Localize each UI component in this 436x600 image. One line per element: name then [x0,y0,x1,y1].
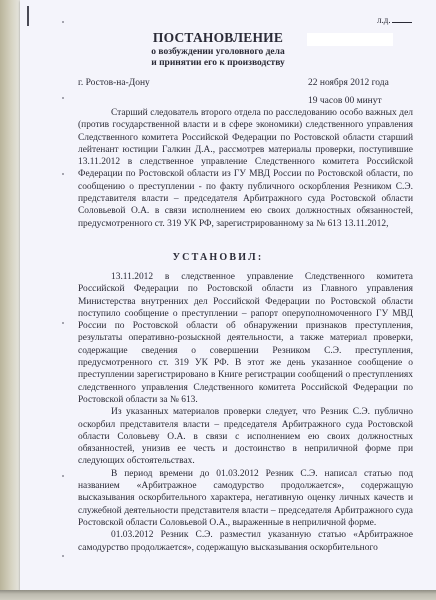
time: 19 часов 00 минут [308,96,382,106]
page-bottom-edge [0,590,436,600]
punch-dot [62,475,64,477]
document-subtitle-line1: о возбуждении уголовного дела [0,47,436,57]
findings-paragraph: 01.03.2012 Резник С.Э. разместил указанн… [78,529,413,554]
redaction-box [307,33,393,46]
intro-paragraph: Старший следователь второго отдела по ра… [78,107,413,230]
margin-binding-mark [27,6,29,26]
findings-paragraph: В период времени до 01.03.2012 Резник С.… [78,468,413,529]
findings-section: 13.11.2012 в следственное управление Сле… [78,271,413,554]
section-heading: УСТАНОВИЛ: [0,252,436,263]
findings-paragraph: Из указанных материалов проверки следует… [78,406,413,467]
punch-dot [62,555,64,557]
punch-dot [62,173,64,175]
intro-section: Старший следователь второго отдела по ра… [78,107,413,230]
scanner-background-edge [0,0,22,600]
punch-dot [62,97,64,99]
place: г. Ростов-на-Дону [78,78,150,88]
punch-dot [62,322,64,324]
date: 22 ноября 2012 года [308,78,389,88]
document-subtitle-line2: и принятии его к производству [0,58,436,68]
file-reference-label: л.д. [377,15,391,25]
file-reference: л.д. [377,14,412,25]
punch-dot [62,21,64,23]
file-reference-blank [392,14,412,23]
findings-paragraph: 13.11.2012 в следственное управление Сле… [78,271,413,406]
